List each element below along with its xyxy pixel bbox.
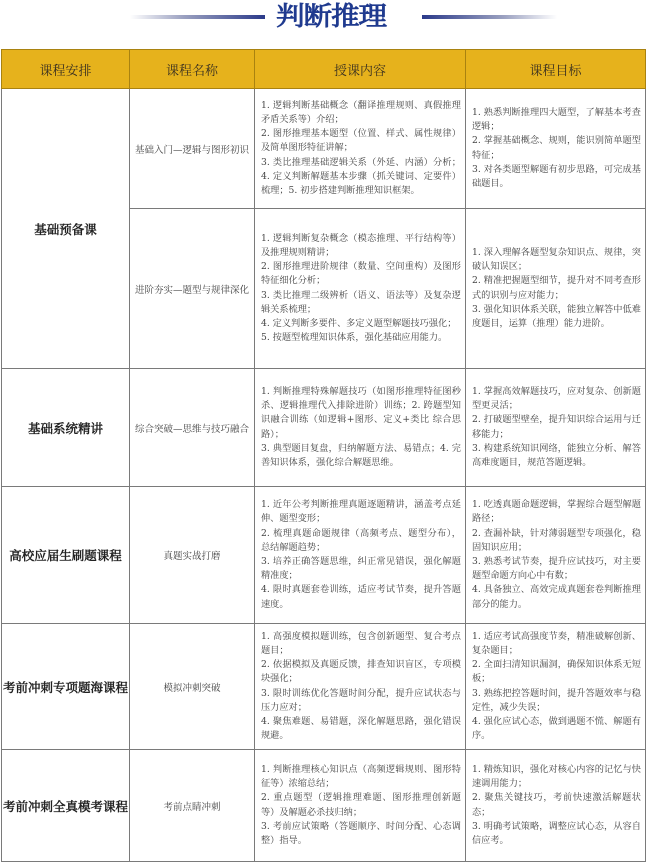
content-line: 3. 典型题目复盘，归纳解题方法、易错点；4. 完善知识体系，强化综合解题思维。 [261, 442, 461, 470]
goal-line: 3. 对各类题型解题有初步思路，可完成基础题目。 [472, 163, 641, 191]
content-line: 4. 定义判断多要件、多定义题型解题技巧强化； [261, 317, 461, 331]
goal-line: 1. 深入理解各题型复杂知识点、规律，突破认知误区； [472, 246, 641, 274]
header-arrangement: 课程安排 [2, 50, 130, 89]
course-name-cell: 模拟冲刺突破 [130, 624, 255, 750]
content-line: 2. 图形推理基本题型（位置、样式、属性规律）及简单图形特征讲解； [261, 127, 461, 155]
header-content: 授课内容 [255, 50, 466, 89]
content-line: 1. 判断推理核心知识点（高频逻辑规则、图形特征等）浓缩总结； [261, 763, 461, 791]
title-decoration-right [422, 15, 557, 19]
goal-cell: 1. 适应考试高强度节奏，精准破解创新、复杂题目； 2. 全面扫清知识漏洞，确保… [466, 624, 646, 750]
header-course-name: 课程名称 [130, 50, 255, 89]
goal-line: 1. 吃透真题命题逻辑，掌握综合题型解题路径； [472, 498, 641, 526]
goal-cell: 1. 精炼知识，强化对核心内容的记忆与快速调用能力； 2. 聚焦关键技巧，考前快… [466, 750, 646, 862]
arrangement-cell: 高校应届生刷题课程 [2, 487, 130, 624]
title-decoration-left [130, 15, 265, 19]
goal-line: 3. 熟悉考试节奏，提升应试技巧，对主要题型命题方向心中有数； [472, 555, 641, 583]
goal-line: 4. 具备独立、高效完成真题套卷判断推理部分的能力。 [472, 583, 641, 611]
content-line: 1. 近年公考判断推理真题逐题精讲，涵盖考点延伸、题型变形； [261, 498, 461, 526]
content-line: 2. 重点题型（逻辑推理难题、图形推理创新题等）及解题必杀技归纳； [261, 791, 461, 819]
content-cell: 1. 逻辑判断基础概念（翻译推理规则、真假推理矛盾关系等）介绍； 2. 图形推理… [255, 89, 466, 209]
goal-line: 3. 熟练把控答题时间，提升答题效率与稳定性，减少失误； [472, 687, 641, 715]
goal-line: 3. 强化知识体系关联，能独立解答中低难度题目，运算（推理）能力进阶。 [472, 303, 641, 331]
goal-line: 2. 精准把握题型细节，提升对不同考查形式的识别与应对能力； [472, 274, 641, 302]
content-cell: 1. 逻辑判断复杂概念（模态推理、平行结构等）及推理规则精讲； 2. 图形推理进… [255, 209, 466, 369]
arrangement-cell: 基础预备课 [2, 89, 130, 369]
content-line: 1. 逻辑判断基础概念（翻译推理规则、真假推理矛盾关系等）介绍； [261, 99, 461, 127]
table-row: 基础系统精讲 综合突破—思维与技巧融合 1. 判断推理特殊解题技巧（如图形推理特… [2, 369, 646, 487]
goal-line: 2. 全面扫清知识漏洞，确保知识体系无短板； [472, 658, 641, 686]
content-line: 1. 逻辑判断复杂概念（模态推理、平行结构等）及推理规则精讲； [261, 232, 461, 260]
content-line: 3. 限时训练优化答题时间分配，提升应试状态与压力应对； [261, 687, 461, 715]
table-row: 考前冲刺全真模考课程 考前点睛冲刺 1. 判断推理核心知识点（高频逻辑规则、图形… [2, 750, 646, 862]
content-line: 3. 类比推理基础逻辑关系（外延、内涵）分析；4. 定义判断解题基本步骤（抓关键… [261, 156, 461, 199]
goal-line: 3. 明确考试策略，调整应试心态，从容自信应考。 [472, 820, 641, 848]
goal-line: 1. 精炼知识，强化对核心内容的记忆与快速调用能力； [472, 763, 641, 791]
goal-cell: 1. 深入理解各题型复杂知识点、规律，突破认知误区； 2. 精准把握题型细节，提… [466, 209, 646, 369]
content-line: 1. 判断推理特殊解题技巧（如图形推理特征图秒杀、逻辑推理代入排除进阶）训练；2… [261, 385, 461, 442]
goal-cell: 1. 掌握高效解题技巧，应对复杂、创新题型更灵活； 2. 打破题型壁垒，提升知识… [466, 369, 646, 487]
course-name-cell: 真题实战打磨 [130, 487, 255, 624]
course-name-cell: 基础入门—逻辑与图形初识 [130, 89, 255, 209]
arrangement-cell: 考前冲刺全真模考课程 [2, 750, 130, 862]
content-line: 2. 依据模拟及真题反馈，排查知识盲区，专项模块强化； [261, 658, 461, 686]
content-line: 3. 培养正确答题思维，纠正常见错误，强化解题精准度； [261, 555, 461, 583]
table-header-row: 课程安排 课程名称 授课内容 课程目标 [2, 50, 646, 89]
goal-line: 1. 掌握高效解题技巧，应对复杂、创新题型更灵活； [472, 385, 641, 413]
title-bar: 判断推理 [0, 0, 648, 38]
content-line: 4. 限时真题套卷训练，适应考试节奏，提升答题速度。 [261, 583, 461, 611]
content-line: 3. 类比推理二级辨析（语义、语法等）及复杂逻辑关系梳理； [261, 289, 461, 317]
arrangement-cell: 考前冲刺专项题海课程 [2, 624, 130, 750]
table-row: 基础预备课 基础入门—逻辑与图形初识 1. 逻辑判断基础概念（翻译推理规则、真假… [2, 89, 646, 209]
goal-line: 4. 强化应试心态，做到遇题不慌、解题有序。 [472, 715, 641, 743]
content-line: 2. 图形推理进阶规律（数量、空间重构）及图形特征细化分析； [261, 260, 461, 288]
content-line: 3. 考前应试策略（答题顺序、时间分配、心态调整）指导。 [261, 820, 461, 848]
content-line: 5. 按题型梳理知识体系，强化基础应用能力。 [261, 331, 461, 345]
course-name-cell: 考前点睛冲刺 [130, 750, 255, 862]
course-name-cell: 综合突破—思维与技巧融合 [130, 369, 255, 487]
goal-line: 2. 查漏补缺，针对薄弱题型专项强化，稳固知识应用； [472, 527, 641, 555]
content-cell: 1. 判断推理核心知识点（高频逻辑规则、图形特征等）浓缩总结； 2. 重点题型（… [255, 750, 466, 862]
course-table: 课程安排 课程名称 授课内容 课程目标 基础预备课 基础入门—逻辑与图形初识 1… [1, 49, 646, 862]
goal-cell: 1. 熟悉判断推理四大题型，了解基本考查逻辑； 2. 掌握基础概念、规则，能识别… [466, 89, 646, 209]
table-row: 考前冲刺专项题海课程 模拟冲刺突破 1. 高强度模拟题训练，包含创新题型、复合考… [2, 624, 646, 750]
content-cell: 1. 高强度模拟题训练，包含创新题型、复合考点题目； 2. 依据模拟及真题反馈，… [255, 624, 466, 750]
goal-line: 1. 熟悉判断推理四大题型，了解基本考查逻辑； [472, 106, 641, 134]
content-line: 1. 高强度模拟题训练，包含创新题型、复合考点题目； [261, 630, 461, 658]
page-title: 判断推理 [276, 0, 430, 34]
arrangement-cell: 基础系统精讲 [2, 369, 130, 487]
goal-line: 2. 掌握基础概念、规则，能识别简单题型特征； [472, 134, 641, 162]
goal-line: 2. 打破题型壁垒，提升知识综合运用与迁移能力； [472, 413, 641, 441]
goal-cell: 1. 吃透真题命题逻辑，掌握综合题型解题路径； 2. 查漏补缺，针对薄弱题型专项… [466, 487, 646, 624]
content-cell: 1. 判断推理特殊解题技巧（如图形推理特征图秒杀、逻辑推理代入排除进阶）训练；2… [255, 369, 466, 487]
table-row: 高校应届生刷题课程 真题实战打磨 1. 近年公考判断推理真题逐题精讲，涵盖考点延… [2, 487, 646, 624]
content-line: 2. 梳理真题命题规律（高频考点、题型分布），总结解题趋势； [261, 527, 461, 555]
content-cell: 1. 近年公考判断推理真题逐题精讲，涵盖考点延伸、题型变形； 2. 梳理真题命题… [255, 487, 466, 624]
goal-line: 1. 适应考试高强度节奏，精准破解创新、复杂题目； [472, 630, 641, 658]
header-goal: 课程目标 [466, 50, 646, 89]
course-name-cell: 进阶夯实—题型与规律深化 [130, 209, 255, 369]
goal-line: 2. 聚焦关键技巧，考前快速激活解题状态； [472, 791, 641, 819]
goal-line: 3. 构建系统知识网络，能独立分析、解答高难度题目，规范答题逻辑。 [472, 442, 641, 470]
content-line: 4. 聚焦难题、易错题，深化解题思路，强化错误规避。 [261, 715, 461, 743]
